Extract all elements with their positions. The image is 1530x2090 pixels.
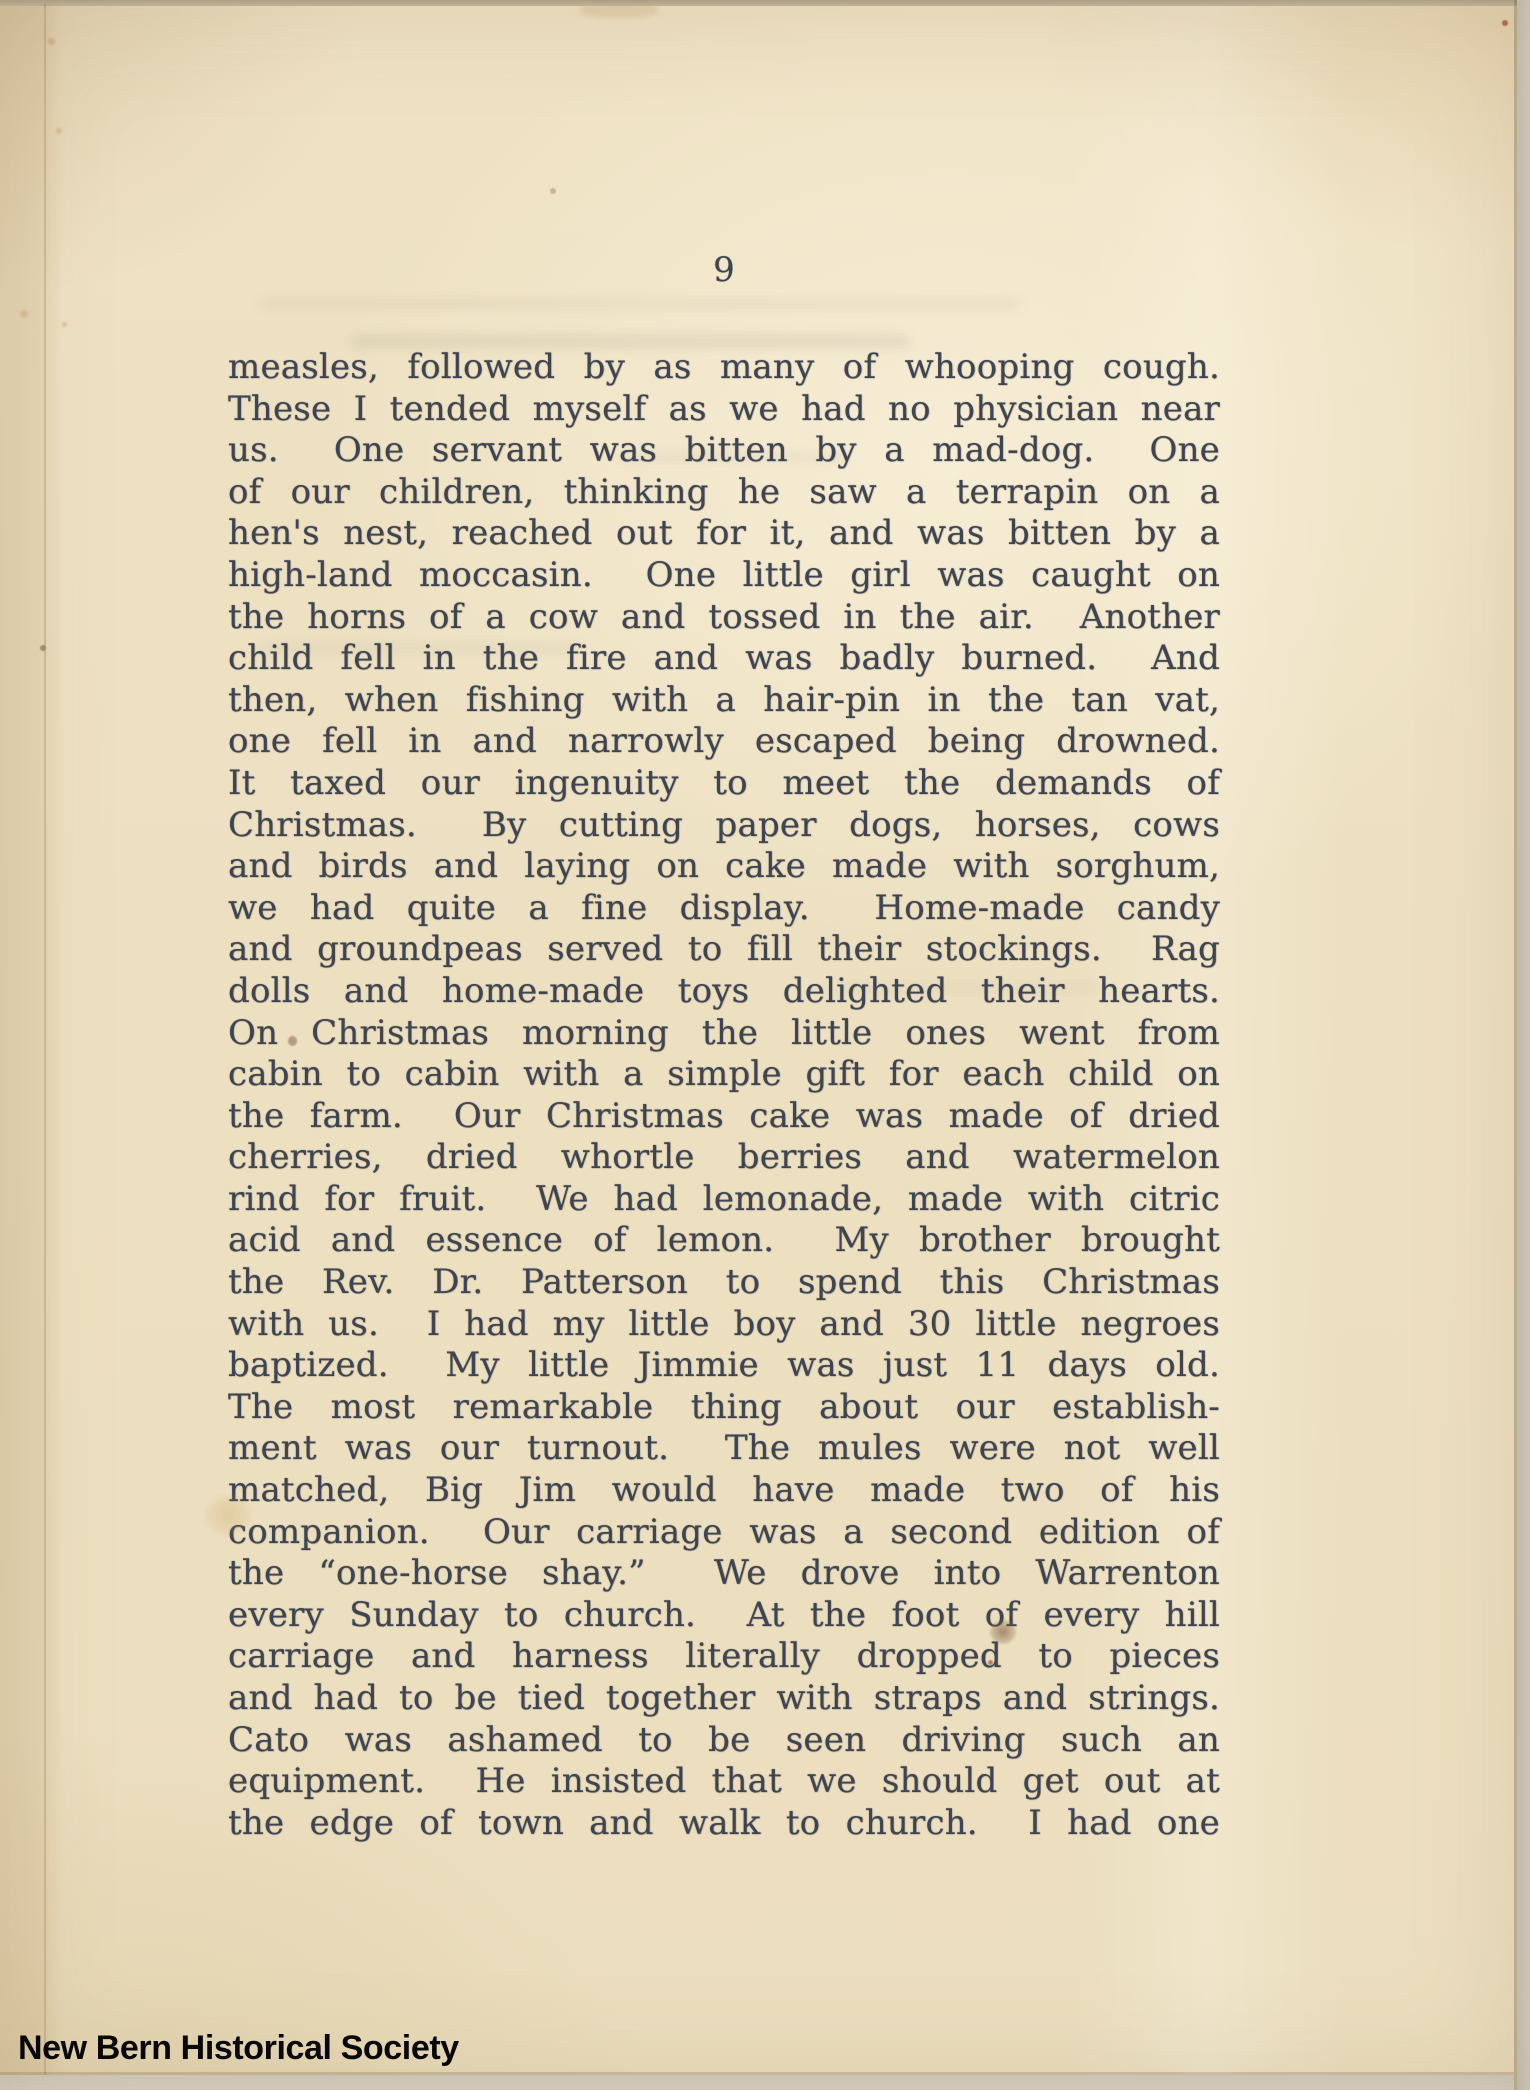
text-line: the Rev. Dr. Patterson to spend this Chr…	[228, 1262, 1220, 1304]
text-line: high-land moccasin. One little girl was …	[228, 555, 1220, 597]
text-line: child fell in the fire and was badly bur…	[228, 638, 1220, 680]
text-line: Cato was ashamed to be seen driving such…	[228, 1720, 1220, 1762]
scan-margin-right	[1517, 0, 1530, 2090]
text-line: one fell in and narrowly escaped being d…	[228, 721, 1220, 763]
page-edge-left	[44, 4, 46, 2076]
text-line: It taxed our ingenuity to meet the deman…	[228, 763, 1220, 805]
speck	[988, 1660, 993, 1665]
text-line: the “one-horse shay.” We drove into Warr…	[228, 1553, 1220, 1595]
paper-stain	[205, 1495, 251, 1535]
text-line: the farm. Our Christmas cake was made of…	[228, 1096, 1220, 1138]
text-line: we had quite a fine display. Home-made c…	[228, 888, 1220, 930]
speck	[288, 1036, 297, 1046]
text-line: measles, followed by as many of whooping…	[228, 347, 1220, 389]
text-line: and had to be tied together with straps …	[228, 1678, 1220, 1720]
text-line: every Sunday to church. At the foot of e…	[228, 1595, 1220, 1637]
body-text: measles, followed by as many of whooping…	[228, 347, 1220, 1844]
speck	[20, 310, 28, 318]
text-line: baptized. My little Jimmie was just 11 d…	[228, 1345, 1220, 1387]
text-line: of our children, thinking he saw a terra…	[228, 472, 1220, 514]
text-line: These I tended myself as we had no physi…	[228, 389, 1220, 431]
text-line: and groundpeas served to fill their stoc…	[228, 929, 1220, 971]
text-line: The most remarkable thing about our esta…	[228, 1387, 1220, 1429]
speck	[56, 128, 62, 134]
text-line: equipment. He insisted that we should ge…	[228, 1761, 1220, 1803]
speck	[1502, 20, 1508, 26]
page-number: 9	[228, 250, 1220, 290]
scan-margin-bottom	[0, 2075, 1514, 2090]
ink-stain	[990, 1620, 1016, 1644]
text-line: matched, Big Jim would have made two of …	[228, 1470, 1220, 1512]
text-line: hen's nest, reached out for it, and was …	[228, 513, 1220, 555]
text-line: and birds and laying on cake made with s…	[228, 846, 1220, 888]
text-line: acid and essence of lemon. My brother br…	[228, 1220, 1220, 1262]
text-line: Christmas. By cutting paper dogs, horses…	[228, 805, 1220, 847]
text-line: the horns of a cow and tossed in the air…	[228, 597, 1220, 639]
page-edge-top	[0, 0, 1530, 6]
text-line: cabin to cabin with a simple gift for ea…	[228, 1054, 1220, 1096]
speck	[48, 38, 55, 45]
text-line: then, when fishing with a hair-pin in th…	[228, 680, 1220, 722]
watermark: New Bern Historical Society	[18, 2028, 459, 2068]
text-line: dolls and home-made toys delighted their…	[228, 971, 1220, 1013]
scanned-book-page: 9 measles, followed by as many of whoopi…	[0, 0, 1530, 2090]
text-line: the edge of town and walk to church. I h…	[228, 1803, 1220, 1845]
text-line: rind for fruit. We had lemonade, made wi…	[228, 1179, 1220, 1221]
text-line: ment was our turnout. The mules were not…	[228, 1428, 1220, 1470]
text-line: cherries, dried whortle berries and wate…	[228, 1137, 1220, 1179]
text-line: companion. Our carriage was a second edi…	[228, 1512, 1220, 1554]
showthrough-smudge	[260, 298, 1020, 309]
text-line: with us. I had my little boy and 30 litt…	[228, 1304, 1220, 1346]
speck	[550, 188, 556, 194]
speck	[62, 322, 67, 327]
text-line: us. One servant was bitten by a mad-dog.…	[228, 430, 1220, 472]
text-line: carriage and harness literally dropped t…	[228, 1636, 1220, 1678]
text-line: On Christmas morning the little ones wen…	[228, 1013, 1220, 1055]
